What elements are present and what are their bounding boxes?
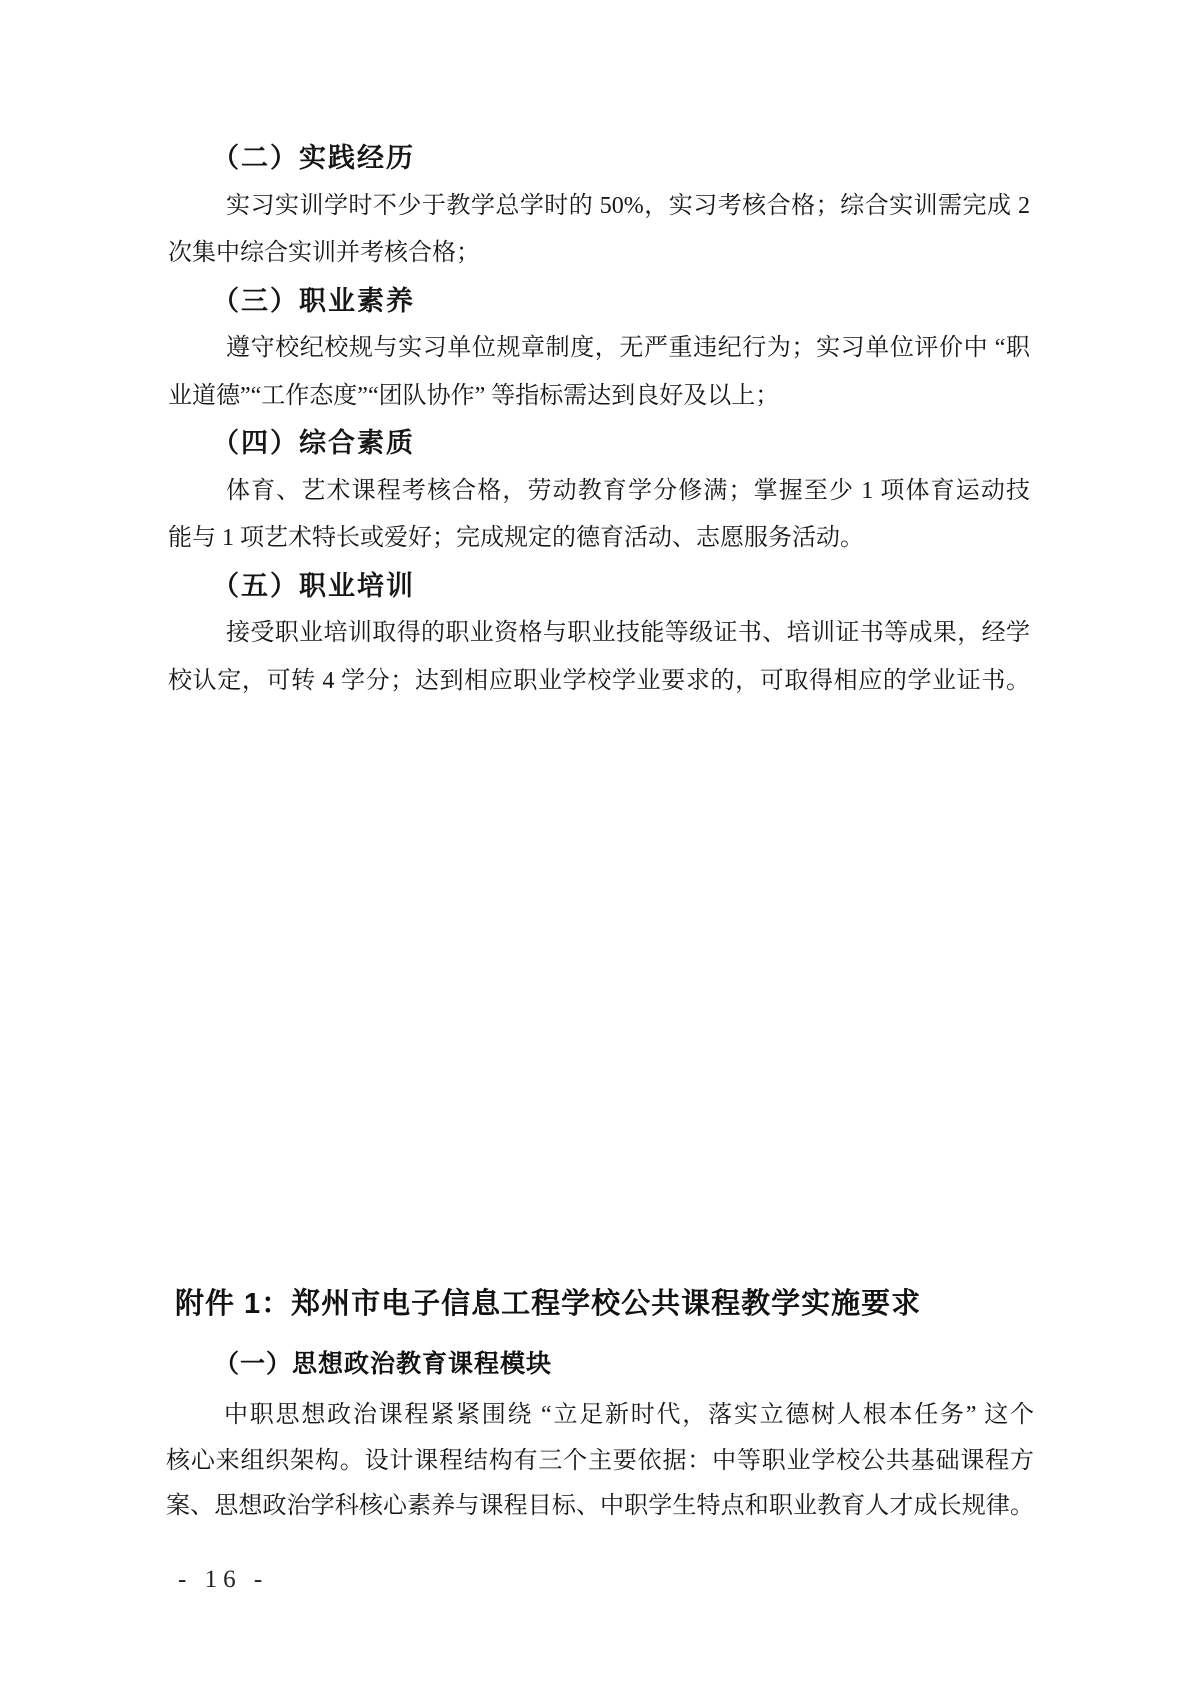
body-line: 接受职业培训取得的职业资格与职业技能等级证书、培训证书等成果，经学 (168, 610, 1030, 658)
body-line: 实习实训学时不少于教学总学时的 50%，实习考核合格；综合实训需完成 2 (168, 183, 1030, 231)
body-line: 次集中综合实训并考核合格； (168, 230, 1030, 278)
section-heading-ideological-political-module: （一）思想政治教育课程模块 (214, 1346, 552, 1382)
document-page: （二）实践经历 实习实训学时不少于教学总学时的 50%，实习考核合格；综合实训需… (0, 0, 1191, 1684)
body-line: 遵守校纪校规与实习单位规章制度，无严重违纪行为；实习单位评价中 “职 (168, 325, 1030, 373)
body-line: 核心来组织架构。设计课程结构有三个主要依据：中等职业学校公共基础课程方 (166, 1439, 1034, 1485)
attachment-title: 附件 1：郑州市电子信息工程学校公共课程教学实施要求 (175, 1284, 921, 1324)
body-line: 能与 1 项艺术特长或爱好；完成规定的德育活动、志愿服务活动。 (168, 515, 1030, 563)
section-heading-professional-quality: （三）职业素养 (168, 278, 1030, 326)
section-heading-vocational-training: （五）职业培训 (168, 563, 1030, 611)
body-line: 业道德”“工作态度”“团队协作” 等指标需达到良好及以上； (168, 373, 1030, 421)
body-line: 体育、艺术课程考核合格，劳动教育学分修满；掌握至少 1 项体育运动技 (168, 468, 1030, 516)
page-number: - 16 - (178, 1564, 268, 1596)
document-body: （二）实践经历 实习实训学时不少于教学总学时的 50%，实习考核合格；综合实训需… (168, 135, 1030, 705)
section-heading-comprehensive-quality: （四）综合素质 (168, 420, 1030, 468)
body-line: 校认定，可转 4 学分；达到相应职业学校学业要求的，可取得相应的学业证书。 (168, 658, 1030, 706)
attachment-paragraph: 中职思想政治课程紧紧围绕 “立足新时代，落实立德树人根本任务” 这个 核心来组织… (166, 1393, 1034, 1530)
section-heading-practice-experience: （二）实践经历 (168, 135, 1030, 183)
body-line: 中职思想政治课程紧紧围绕 “立足新时代，落实立德树人根本任务” 这个 (166, 1393, 1034, 1439)
body-line: 案、思想政治学科核心素养与课程目标、中职学生特点和职业教育人才成长规律。 (166, 1484, 1034, 1530)
